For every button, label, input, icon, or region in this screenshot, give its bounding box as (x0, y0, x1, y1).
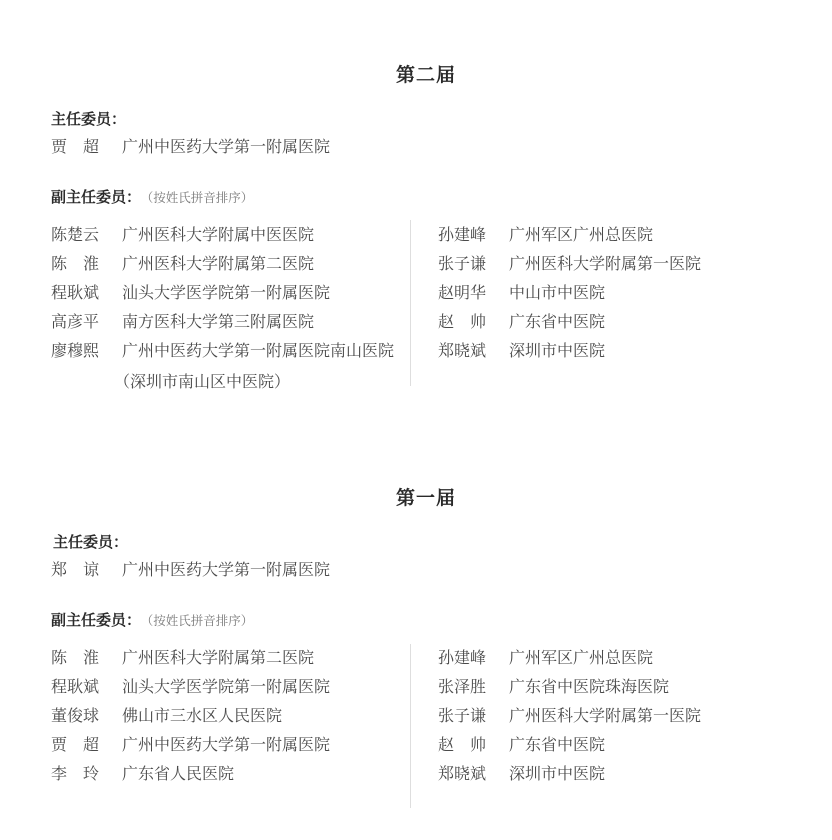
member-org: 广东省中医院珠海医院 (509, 672, 669, 701)
member-name: 赵 帅 (438, 730, 509, 759)
member-row: 程耿斌汕头大学医学院第一附属医院 (51, 672, 330, 701)
member-name: 郑 谅 (51, 555, 122, 584)
member-org: 广州中医药大学第一附属医院南山医院 (122, 336, 394, 365)
member-row: 张泽胜广东省中医院珠海医院 (438, 672, 669, 701)
member-name: 赵明华 (438, 278, 509, 307)
member-name: 程耿斌 (51, 278, 122, 307)
chair-label: 主任委员： (53, 531, 128, 552)
member-org: 广州医科大学附属第二医院 (122, 643, 314, 672)
member-org: 广东省中医院 (509, 307, 605, 336)
member-name: 董俊球 (51, 701, 122, 730)
member-row: 贾 超广州中医药大学第一附属医院 (51, 730, 330, 759)
member-row: 董俊球佛山市三水区人民医院 (51, 701, 282, 730)
member-org: 广州军区广州总医院 (509, 643, 653, 672)
column-divider (410, 220, 411, 386)
sort-note: （按姓氏拼音排序） (147, 613, 253, 628)
member-org: 广东省人民医院 (122, 759, 234, 788)
member-org: 广州医科大学附属中医医院 (122, 220, 314, 249)
member-name: 张子谦 (438, 249, 509, 278)
member-name: 张子谦 (438, 701, 509, 730)
member-org: 广州中医药大学第一附属医院 (122, 730, 330, 759)
member-org: 深圳市中医院 (509, 336, 605, 365)
member-name: 贾 超 (51, 132, 122, 161)
member-name: 郑晓斌 (438, 759, 509, 788)
member-org: 深圳市中医院 (509, 759, 605, 788)
member-org: 广州军区广州总医院 (509, 220, 653, 249)
chair-row: 贾 超广州中医药大学第一附属医院 (51, 132, 330, 161)
member-org-continued: （深圳市南山区中医院） (114, 369, 290, 392)
member-name: 郑晓斌 (438, 336, 509, 365)
member-org: 中山市中医院 (509, 278, 605, 307)
member-name: 李 玲 (51, 759, 122, 788)
member-org: 佛山市三水区人民医院 (122, 701, 282, 730)
member-name: 贾 超 (51, 730, 122, 759)
member-row: 张子谦广州医科大学附属第一医院 (438, 249, 701, 278)
member-org: 广州医科大学附属第二医院 (122, 249, 314, 278)
member-row: 郑晓斌深圳市中医院 (438, 759, 605, 788)
vice-chair-label-text: 副主任委员： (51, 188, 141, 206)
member-row: 郑晓斌深圳市中医院 (438, 336, 605, 365)
member-org: 汕头大学医学院第一附属医院 (122, 278, 330, 307)
member-name: 程耿斌 (51, 672, 122, 701)
member-org: 南方医科大学第三附属医院 (122, 307, 314, 336)
session-title: 第二届 (0, 60, 832, 87)
member-name: 陈 淮 (51, 249, 122, 278)
member-name: 陈楚云 (51, 220, 122, 249)
member-row: 赵 帅广东省中医院 (438, 730, 605, 759)
member-row: 孙建峰广州军区广州总医院 (438, 643, 653, 672)
member-name: 赵 帅 (438, 307, 509, 336)
member-name: 陈 淮 (51, 643, 122, 672)
member-row: 高彦平南方医科大学第三附属医院 (51, 307, 314, 336)
member-org: 广州医科大学附属第一医院 (509, 701, 701, 730)
member-row: 廖穆熙广州中医药大学第一附属医院南山医院 (51, 336, 394, 365)
vice-chair-label-text: 副主任委员： (51, 611, 141, 629)
member-name: 孙建峰 (438, 643, 509, 672)
session-title: 第一届 (0, 483, 832, 510)
column-divider (410, 644, 411, 808)
chair-label: 主任委员： (51, 108, 126, 129)
member-name: 张泽胜 (438, 672, 509, 701)
member-row: 李 玲广东省人民医院 (51, 759, 234, 788)
member-name: 孙建峰 (438, 220, 509, 249)
member-org: 广州医科大学附属第一医院 (509, 249, 701, 278)
member-row: 孙建峰广州军区广州总医院 (438, 220, 653, 249)
member-row: 张子谦广州医科大学附属第一医院 (438, 701, 701, 730)
sort-note: （按姓氏拼音排序） (147, 190, 253, 205)
member-org: 广州中医药大学第一附属医院 (122, 555, 330, 584)
member-row: 程耿斌汕头大学医学院第一附属医院 (51, 278, 330, 307)
member-org: 广州中医药大学第一附属医院 (122, 132, 330, 161)
member-name: 廖穆熙 (51, 336, 122, 365)
member-row: 陈 淮广州医科大学附属第二医院 (51, 643, 314, 672)
member-row: 陈楚云广州医科大学附属中医医院 (51, 220, 314, 249)
member-row: 陈 淮广州医科大学附属第二医院 (51, 249, 314, 278)
member-row: 赵明华中山市中医院 (438, 278, 605, 307)
vice-chair-label: 副主任委员：（按姓氏拼音排序） (51, 186, 253, 207)
member-row: 赵 帅广东省中医院 (438, 307, 605, 336)
member-org: 汕头大学医学院第一附属医院 (122, 672, 330, 701)
chair-row: 郑 谅广州中医药大学第一附属医院 (51, 555, 330, 584)
member-org: 广东省中医院 (509, 730, 605, 759)
member-name: 高彦平 (51, 307, 122, 336)
vice-chair-label: 副主任委员：（按姓氏拼音排序） (51, 609, 253, 630)
